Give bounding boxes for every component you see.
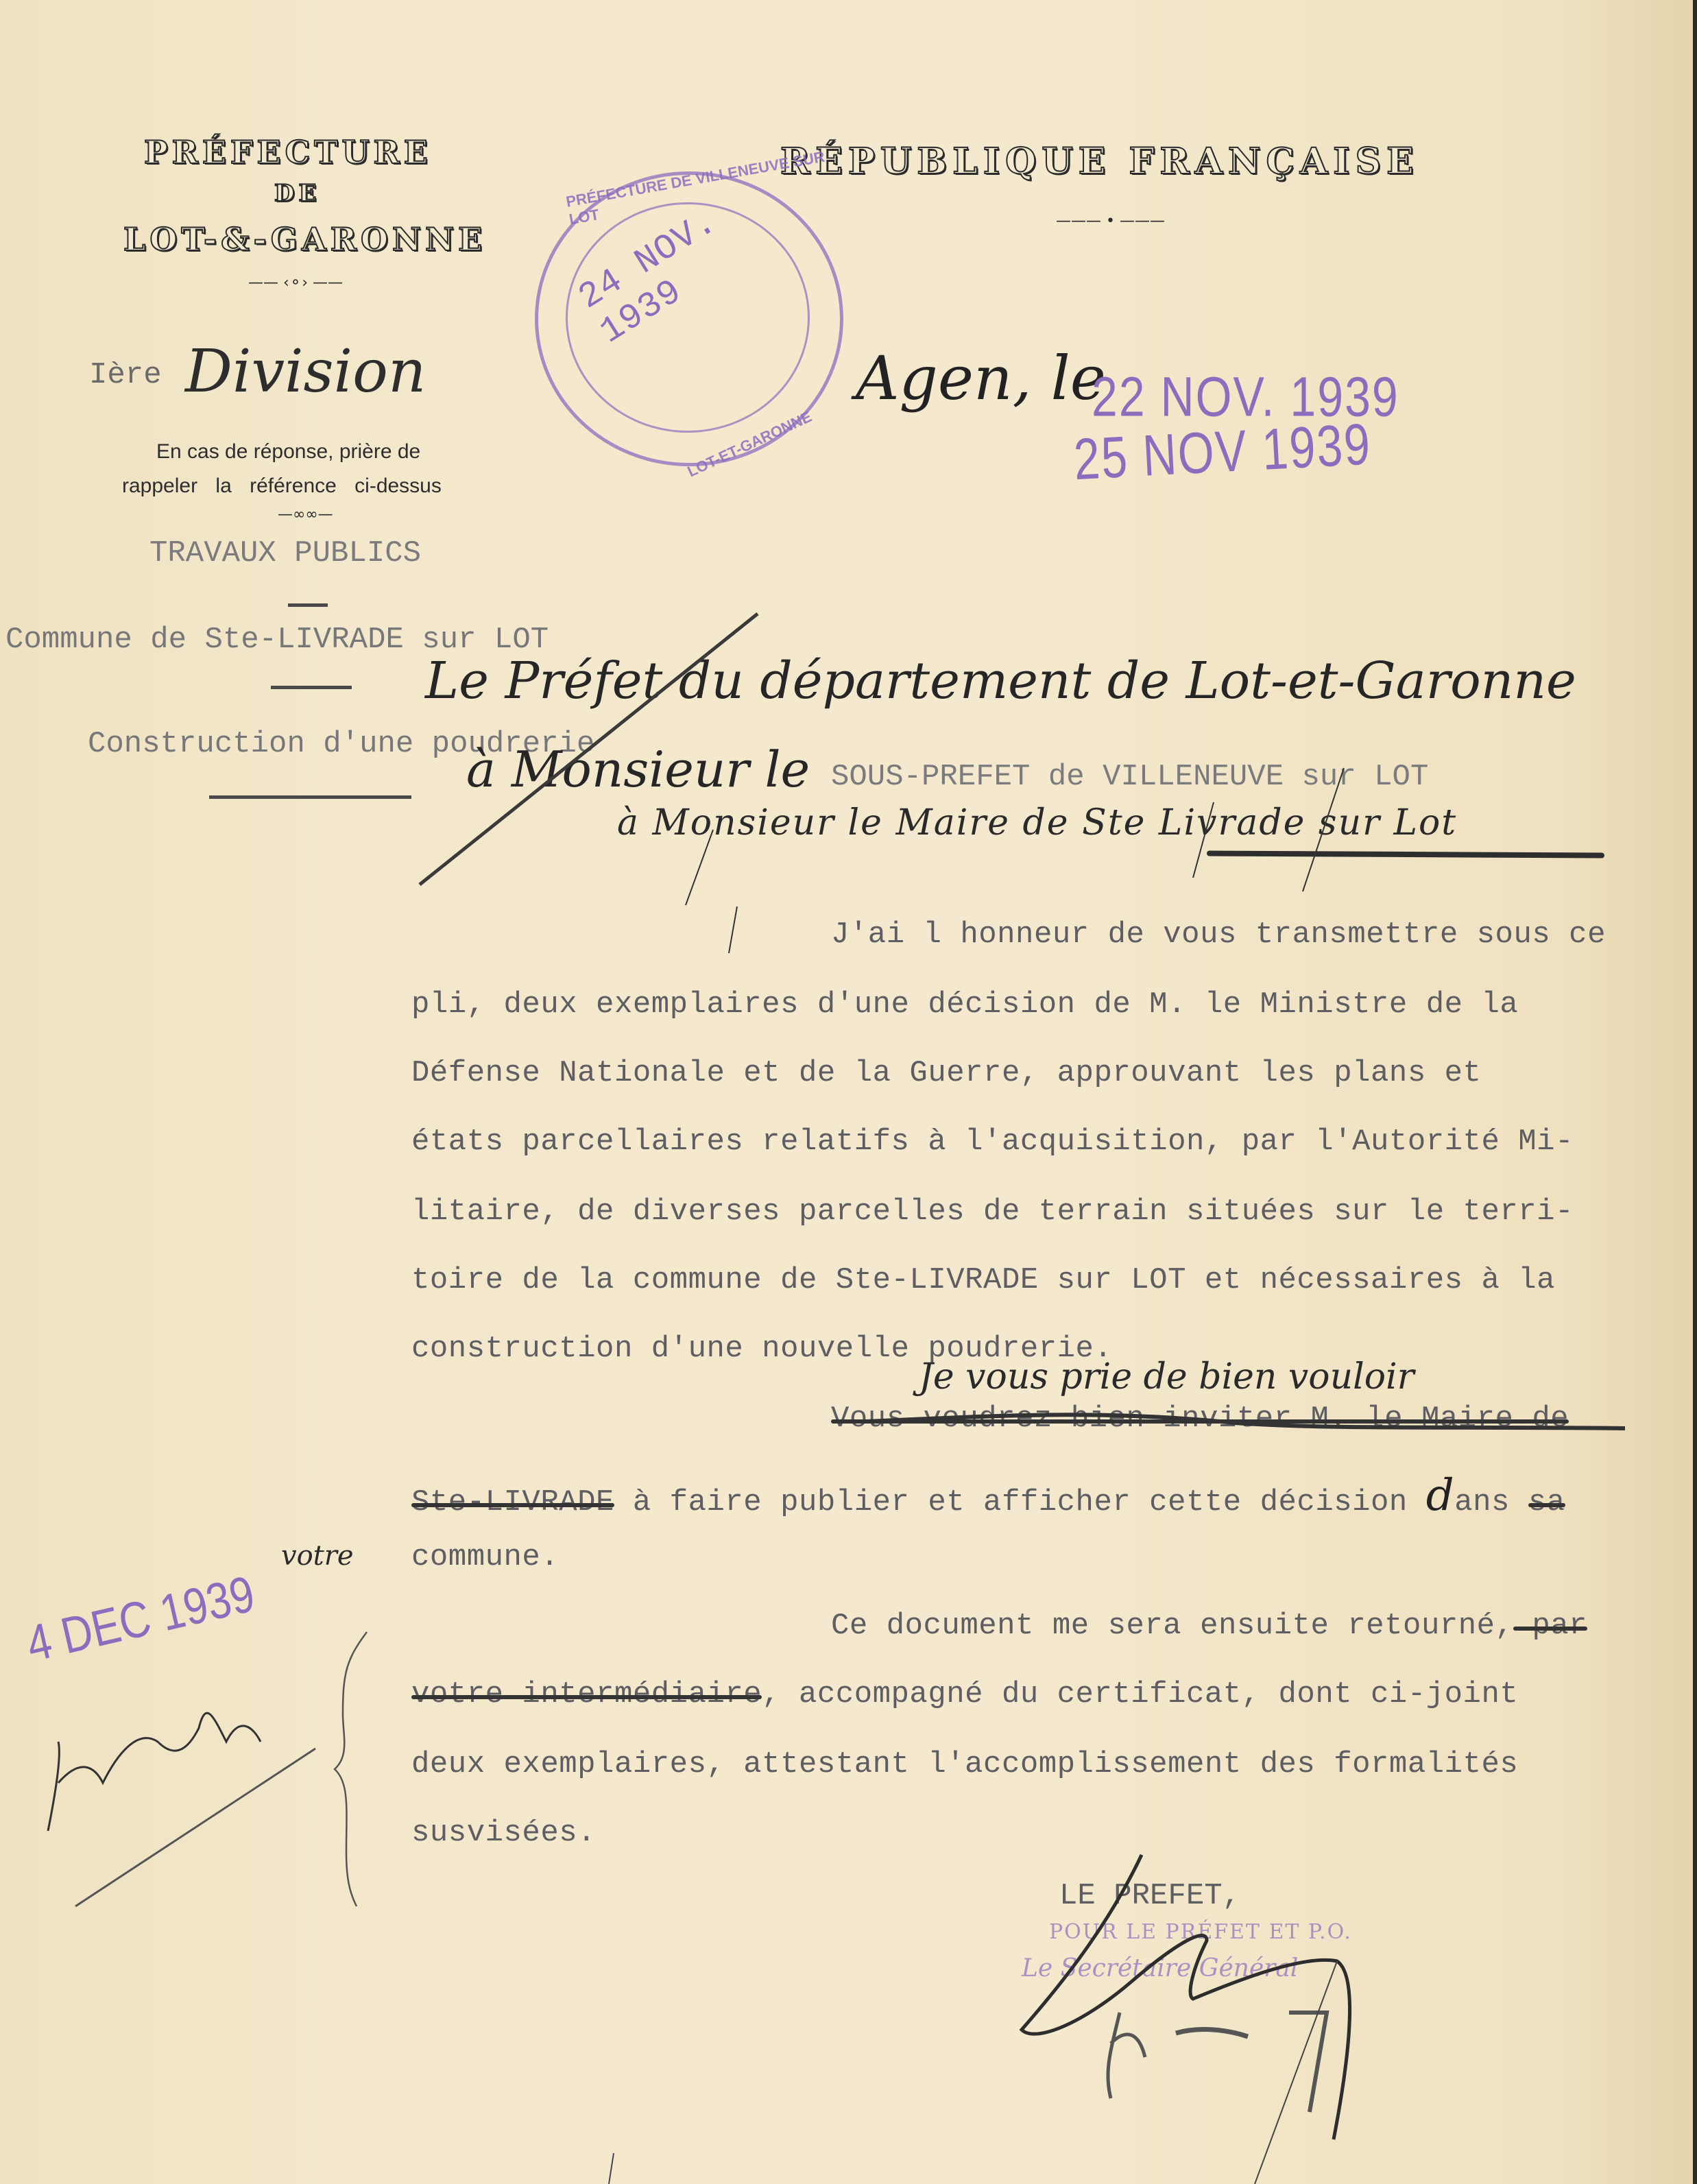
addressee-typed: SOUS-PREFET de VILLENEUVE sur LOT [831,760,1428,794]
body-text: , accompagné du certificat, dont ci-join… [762,1677,1518,1712]
body-line: Ste-LIVRADE à faire publier et afficher … [411,1470,1565,1521]
addressee-prefix: à Monsieur le [466,741,810,798]
sender-line: Le Préfet du département de Lot-et-Garon… [425,651,1576,710]
signatory-label: LE PREFET, [1059,1879,1240,1913]
body-line: commune. [411,1540,559,1574]
body-line-struck: Vous voudrez bien inviter M. le Maire de [831,1402,1569,1436]
division-label: Division [185,337,426,406]
signature-stamp-line2: Le Secrétaire Général [1022,1954,1298,1982]
prefect-signature [1176,2030,1248,2037]
reply-note-line1: En cas de réponse, prière de [156,440,420,464]
body-line: litaire, de diverses parcelles de terrai… [411,1195,1574,1229]
body-line: toire de la commune de Ste-LIVRADE sur L… [411,1263,1555,1297]
place-label: Agen, le [856,343,1106,413]
divider [288,603,328,607]
struck-text: votre intermédiaire [411,1677,762,1712]
divider [209,795,411,799]
reply-note-line2: rappeler la référence ci-dessus [122,475,442,498]
handwritten-underline [1207,850,1604,858]
pen-stroke [1255,1961,1337,2184]
divider [271,686,352,689]
prefect-signature [1289,2013,1327,2112]
body-line: pli, deux exemplaires d'une décision de … [411,987,1518,1022]
pen-stroke [729,907,737,953]
letterhead-de: DE [274,180,320,207]
margin-underline-stroke [75,1749,315,1906]
service-label: TRAVAUX PUBLICS [149,536,421,571]
body-line: J'ai l honneur de vous transmettre sous … [831,917,1606,952]
body-line: Ce document me sera ensuite retourné, pa… [831,1609,1587,1643]
handwritten-letter: d [1426,1470,1454,1521]
letterhead-republique-francaise: RÉPUBLIQUE FRANÇAISE [780,141,1419,182]
body-text: ans [1454,1485,1528,1520]
letterhead-lot-et-garonne: LOT-&-GARONNE [123,221,486,258]
handwritten-addressee-correction: à Monsieur le Maire de Ste Livrade sur L… [617,802,1457,843]
signature-stamp-line1: POUR LE PRÉFET ET P.O. [1049,1920,1352,1944]
body-line: états parcellaires relatifs à l'acquisit… [411,1125,1574,1159]
received-round-stamp: PRÉFECTURE DE VILLENEUVE SUR LOT LOT-ET-… [535,171,843,466]
body-line: deux exemplaires, attestant l'accompliss… [411,1747,1518,1781]
page-edge [1693,0,1697,2184]
struck-text: sa [1528,1485,1565,1520]
margin-brace [335,1632,367,1906]
handwritten-margin-word: votre [281,1540,354,1572]
handwritten-insert: Je vous prie de bien vouloir [919,1356,1415,1397]
margin-initials [48,1713,261,1831]
prefect-signature [1108,2013,1145,2098]
body-text: à faire publier et afficher cette décisi… [614,1485,1426,1520]
letterhead-ornament-right: ——— • ——— [1056,213,1165,230]
body-line: susvisées. [411,1816,596,1850]
body-text: Ce document me sera ensuite retourné, [831,1609,1513,1643]
body-line: votre intermédiaire, accompagné du certi… [411,1677,1518,1712]
division-prefix: Ière [89,358,162,392]
struck-text: Vous voudrez bien inviter M. le Maire de [831,1402,1569,1436]
struck-text: Ste-LIVRADE [411,1485,614,1520]
date-stamp-margin: 4 DEC 1939 [21,1565,260,1674]
struck-text: par [1513,1609,1587,1643]
body-line: Défense Nationale et de la Guerre, appro… [411,1056,1481,1090]
reference-ornament: —∞∞— [278,506,333,523]
pen-strokes [0,0,1697,2184]
pen-stroke [609,2153,614,2184]
letterhead-prefecture: PRÉFECTURE [144,134,432,171]
letterhead-ornament-left: —— ‹⚬› —— [248,274,343,291]
